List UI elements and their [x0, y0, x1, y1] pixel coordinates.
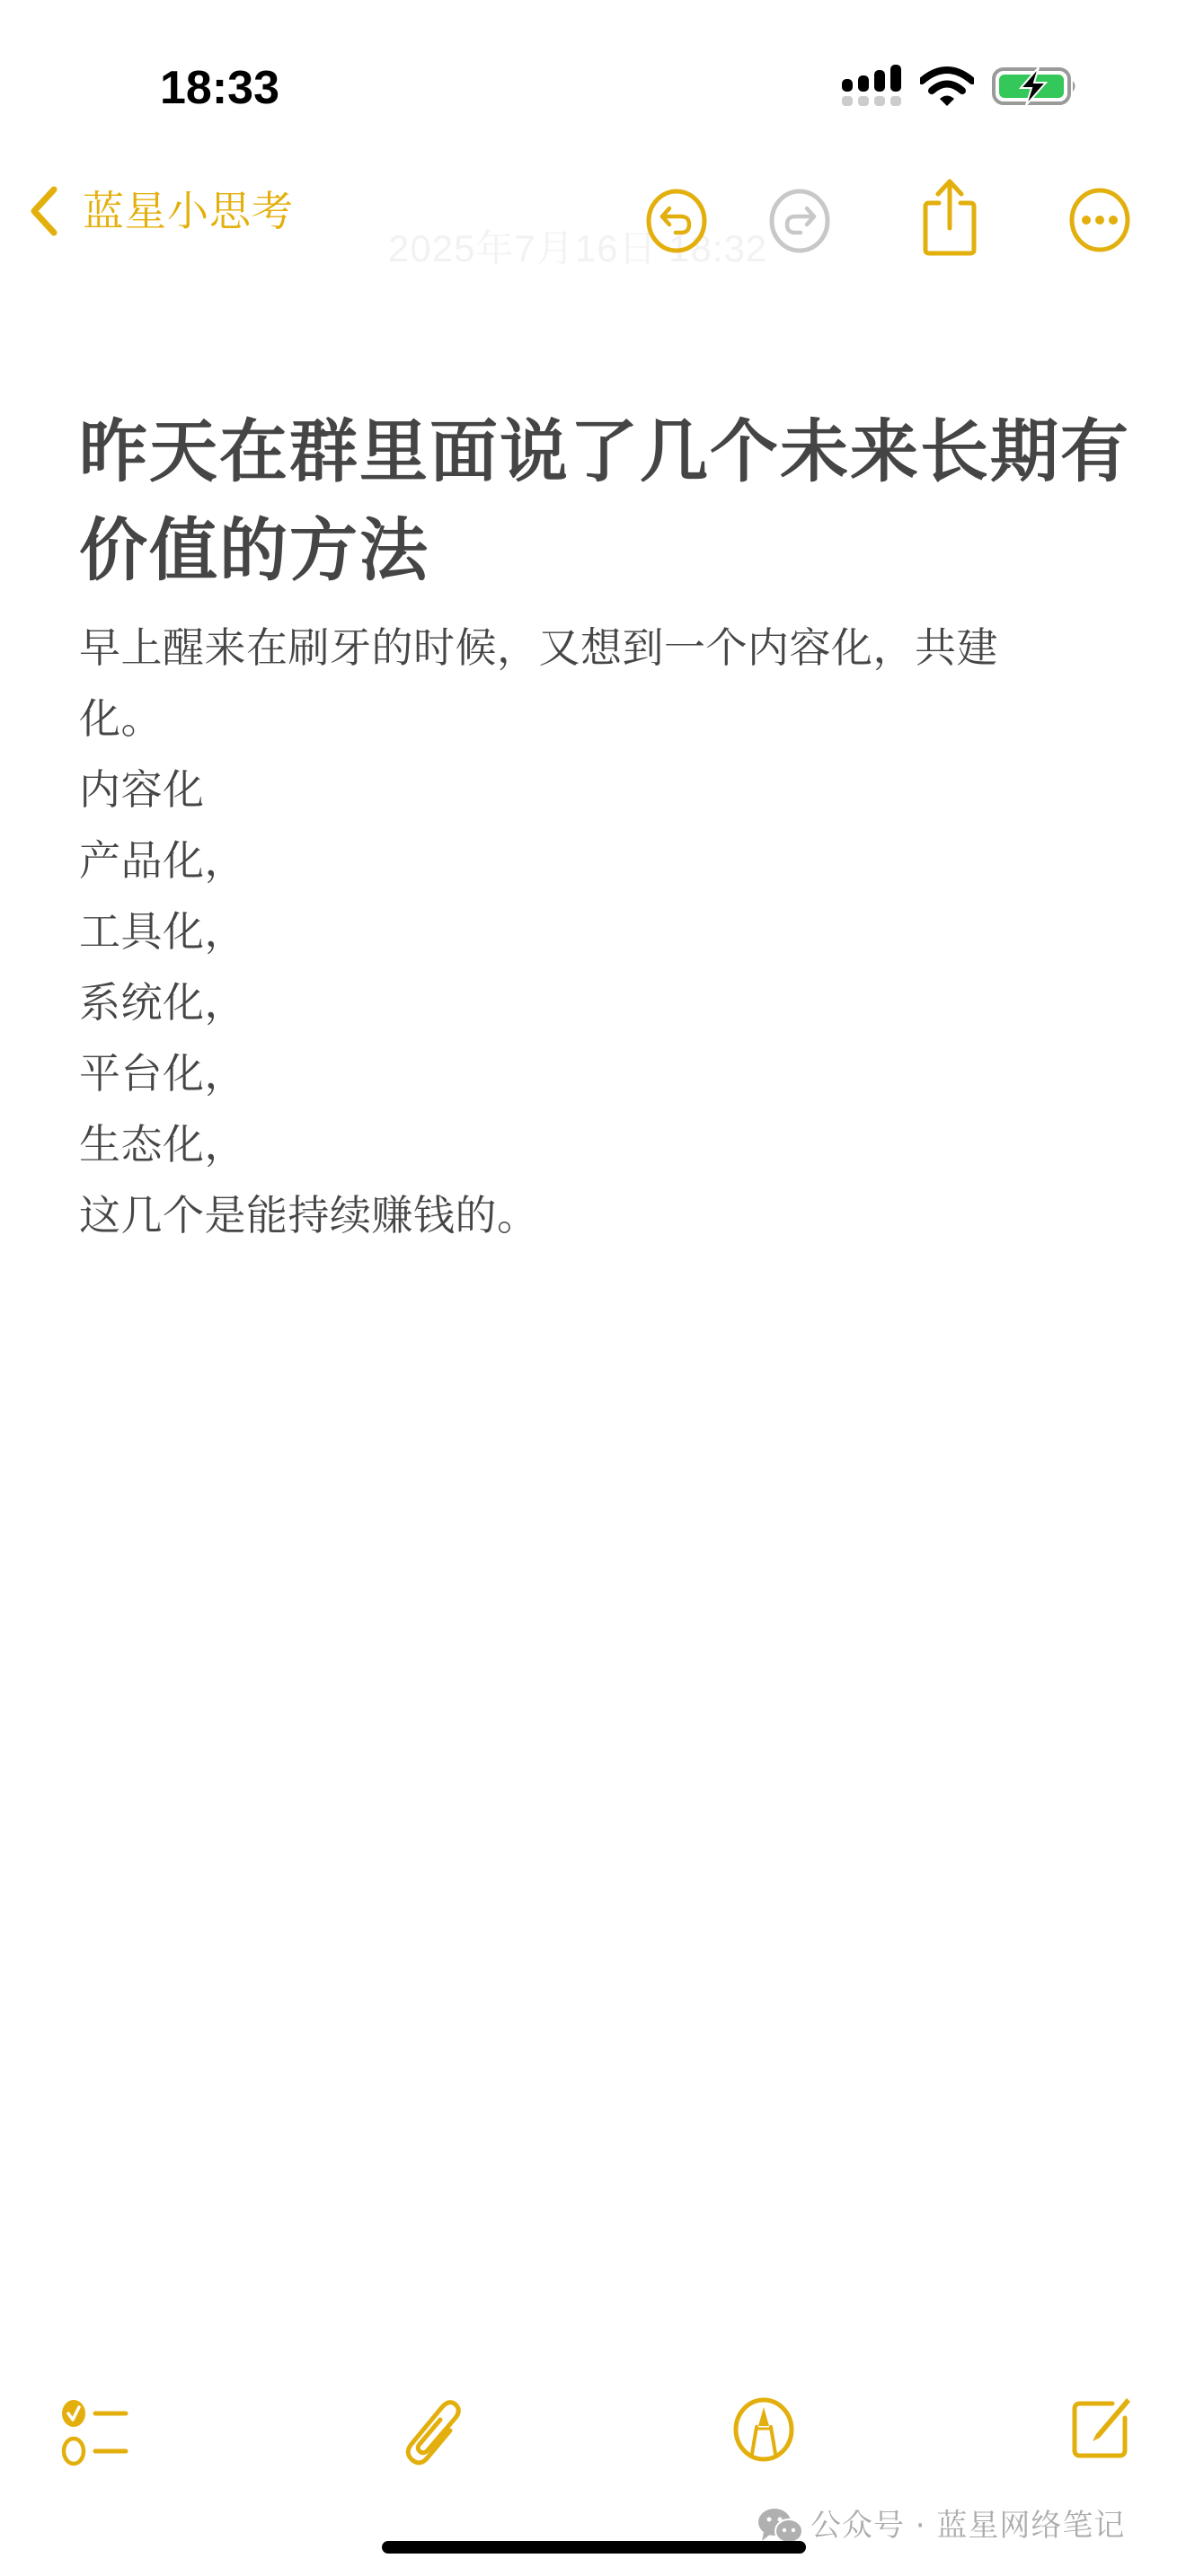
checklist-icon	[59, 2396, 131, 2468]
checklist-button[interactable]	[59, 2396, 131, 2468]
body-line: 化。	[79, 684, 1139, 754]
body-line: 内容化	[79, 754, 1139, 825]
compose-button[interactable]	[1069, 2393, 1134, 2461]
body-line: 产品化，	[79, 825, 1139, 896]
body-line: 工具化，	[79, 896, 1139, 967]
redo-icon	[768, 189, 831, 253]
cellular-signal-icon	[840, 65, 903, 110]
back-label: 蓝星小思考	[83, 184, 294, 238]
note-date: 2025年7月16日 18:32	[388, 226, 767, 271]
wifi-icon	[920, 66, 974, 108]
share-icon	[921, 178, 978, 259]
home-indicator[interactable]	[382, 2541, 806, 2554]
undo-icon	[645, 189, 708, 253]
note-body[interactable]: 早上醒来在刷牙的时候，又想到一个内容化，共建 化。 内容化 产品化， 工具化， …	[79, 613, 1139, 1251]
markup-pen-icon	[731, 2396, 796, 2463]
body-line: 早上醒来在刷牙的时候，又想到一个内容化，共建	[79, 613, 1139, 684]
battery-charging-icon	[992, 66, 1078, 106]
attachment-button[interactable]	[401, 2395, 464, 2472]
undo-button[interactable]	[645, 189, 708, 253]
back-button[interactable]: 蓝星小思考	[27, 175, 294, 247]
body-line: 系统化，	[79, 967, 1139, 1038]
watermark: 公众号 · 蓝星网络笔记	[757, 2506, 1125, 2545]
more-button[interactable]	[1068, 188, 1131, 252]
body-line: 平台化，	[79, 1038, 1139, 1109]
wechat-icon	[757, 2507, 803, 2545]
more-icon	[1068, 188, 1131, 252]
paperclip-icon	[401, 2395, 464, 2472]
status-time: 18:33	[160, 59, 279, 117]
redo-button[interactable]	[768, 189, 831, 253]
compose-icon	[1069, 2393, 1134, 2461]
markup-button[interactable]	[731, 2396, 796, 2463]
note-title[interactable]: 昨天在群里面说了几个未来长期有价值的方法	[79, 402, 1139, 600]
body-line: 这几个是能持续赚钱的。	[79, 1180, 1139, 1251]
share-button[interactable]	[921, 178, 978, 259]
watermark-text: 公众号 · 蓝星网络笔记	[810, 2506, 1125, 2545]
body-line: 生态化，	[79, 1109, 1139, 1180]
chevron-left-icon	[27, 184, 59, 238]
